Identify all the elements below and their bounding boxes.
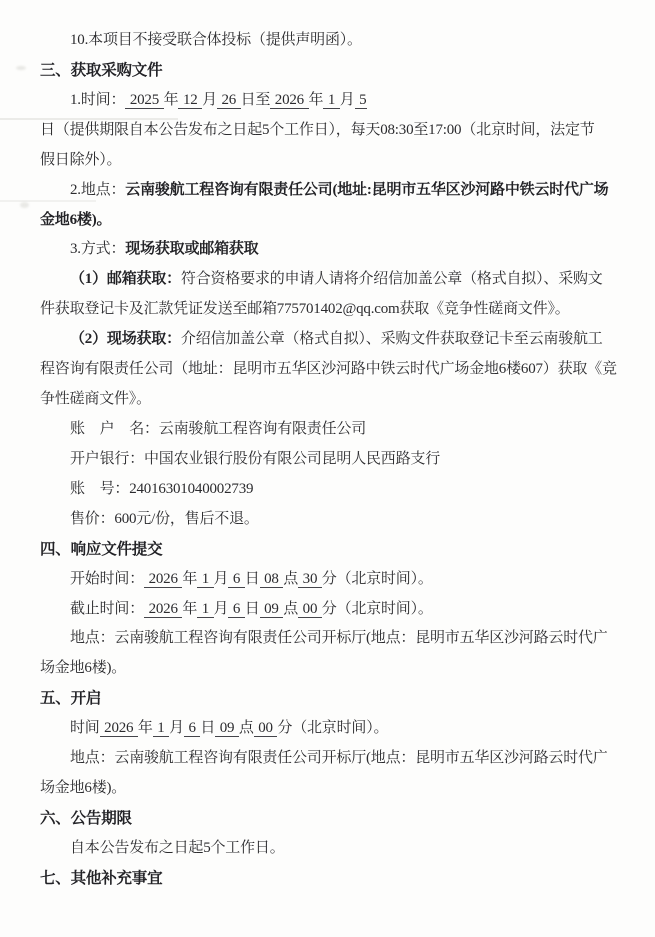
text-segment: 年 <box>182 571 197 587</box>
obtain-method: 3.方式：现场获取或邮箱获取 <box>40 235 628 265</box>
text-segment: 2026 <box>100 720 138 737</box>
text-segment: 日 <box>245 601 260 617</box>
obtain-location: 2.地点：云南骏航工程咨询有限责任公司(地址:昆明市五华区沙河路中铁云时代广场 <box>40 176 628 206</box>
text-segment: 年 <box>309 92 324 108</box>
text-segment: 账 号：24016301040002739 <box>70 481 253 497</box>
text-segment: 售价：600元/份，售后不退。 <box>70 511 259 527</box>
text-segment: 程咨询有限责任公司（地址：昆明市五华区沙河路中铁云时代广场金地6楼607）获取《… <box>40 361 617 377</box>
document-page: 10.本项目不接受联合体投标（提供声明函）。三、获取采购文件1.时间： 2025… <box>0 0 655 937</box>
document-content: 10.本项目不接受联合体投标（提供声明函）。三、获取采购文件1.时间： 2025… <box>40 26 628 894</box>
text-segment: 6 <box>184 720 200 737</box>
text-segment: 26 <box>217 92 241 109</box>
text-segment: 三、获取采购文件 <box>40 62 162 79</box>
text-segment: 介绍信加盖公章（格式自拟）、采购文件获取登记卡至云南骏航工 <box>181 331 603 347</box>
announcement-period: 自本公告发布之日起5个工作日。 <box>40 834 628 864</box>
heading-announcement-period: 六、公告期限 <box>40 804 628 834</box>
text-segment: 五、开启 <box>40 690 101 707</box>
scan-artifact-smudge <box>16 66 26 70</box>
submission-location: 地点：云南骏航工程咨询有限责任公司开标厅(地点：昆明市五华区沙河路云时代广 <box>40 624 628 654</box>
submission-start-time: 开始时间： 2026 年 1 月 6 日 08 点 30 分（北京时间）。 <box>40 565 628 595</box>
text-segment: 符合资格要求的申请人请将介绍信加盖公章（格式自拟）、采购文 <box>181 271 603 287</box>
method-email-cont: 件获取登记卡及汇款凭证发送至邮箱775701402@qq.com获取《竞争性磋商… <box>40 295 628 325</box>
obtain-time: 1.时间： 2025 年 12 月 26 日至 2026 年 1 月 5 <box>40 86 628 116</box>
text-segment: 09 <box>215 720 239 737</box>
obtain-location-cont: 金地6楼)。 <box>40 206 628 236</box>
method-onsite-cont-1: 程咨询有限责任公司（地址：昆明市五华区沙河路中铁云时代广场金地6楼607）获取《… <box>40 355 628 385</box>
text-segment: 场金地6楼)。 <box>40 780 126 796</box>
account-number: 账 号：24016301040002739 <box>40 475 628 505</box>
text-segment: 分（北京时间）。 <box>322 571 433 587</box>
text-segment: 1 <box>323 92 339 109</box>
text-segment: 现场获取或邮箱获取 <box>125 241 258 257</box>
text-segment: 2.地点： <box>70 182 125 198</box>
text-segment: 账 户 名：云南骏航工程咨询有限责任公司 <box>70 421 366 437</box>
text-segment: 日（提供期限自本公告发布之日起5个工作日），每天08:30至17:00（北京时间… <box>40 122 595 138</box>
opening-time: 时间 2026 年 1 月 6 日 09 点 00 分（北京时间）。 <box>40 714 628 744</box>
obtain-time-cont-1: 日（提供期限自本公告发布之日起5个工作日），每天08:30至17:00（北京时间… <box>40 116 628 146</box>
heading-response-submission: 四、响应文件提交 <box>40 535 628 565</box>
text-segment: 08 <box>260 571 284 588</box>
text-segment: 月 <box>340 92 355 108</box>
scan-artifact-smudge <box>20 202 29 208</box>
text-segment: 日至 <box>241 92 271 108</box>
account-name: 账 户 名：云南骏航工程咨询有限责任公司 <box>40 415 628 445</box>
text-segment: 1 <box>197 601 213 618</box>
price: 售价：600元/份，售后不退。 <box>40 505 628 535</box>
text-segment: 月 <box>202 92 217 108</box>
text-segment: 日 <box>200 720 215 736</box>
text-segment: 分（北京时间）。 <box>322 601 433 617</box>
heading-other-matters: 七、其他补充事宜 <box>40 864 628 894</box>
text-segment: 00 <box>254 720 278 737</box>
text-segment: 场金地6楼)。 <box>40 660 126 676</box>
method-email: （1）邮箱获取：符合资格要求的申请人请将介绍信加盖公章（格式自拟）、采购文 <box>40 265 628 295</box>
text-segment: 2026 <box>270 92 308 109</box>
method-onsite-cont-2: 争性磋商文件》。 <box>40 385 628 415</box>
clause-no-consortium: 10.本项目不接受联合体投标（提供声明函）。 <box>40 26 628 56</box>
text-segment: 6 <box>228 601 244 618</box>
text-segment: （2）现场获取： <box>70 331 181 347</box>
text-segment: 点 <box>283 571 298 587</box>
text-segment: 四、响应文件提交 <box>40 541 162 558</box>
text-segment: 自本公告发布之日起5个工作日。 <box>70 840 285 856</box>
text-segment: 年 <box>164 92 179 108</box>
text-segment: 月 <box>214 571 229 587</box>
text-segment: 月 <box>169 720 184 736</box>
text-segment: 3.方式： <box>70 241 125 257</box>
obtain-time-cont-2: 假日除外）。 <box>40 146 628 176</box>
text-segment: 件获取登记卡及汇款凭证发送至邮箱775701402@qq.com获取《竞争性磋商… <box>40 301 570 317</box>
text-segment: 30 <box>298 571 322 588</box>
heading-opening: 五、开启 <box>40 684 628 714</box>
text-segment: 时间 <box>70 720 100 736</box>
text-segment: 2025 <box>125 92 163 109</box>
text-segment: 点 <box>283 601 298 617</box>
text-segment: 1.时间： <box>70 92 125 108</box>
text-segment: 00 <box>298 601 322 618</box>
text-segment: 年 <box>182 601 197 617</box>
text-segment: 2026 <box>144 571 182 588</box>
text-segment: 争性磋商文件》。 <box>40 391 151 407</box>
text-segment: 开始时间： <box>70 571 144 587</box>
text-segment: 09 <box>260 601 284 618</box>
text-segment: 地点：云南骏航工程咨询有限责任公司开标厅(地点：昆明市五华区沙河路云时代广 <box>70 630 608 646</box>
text-segment: 云南骏航工程咨询有限责任公司(地址:昆明市五华区沙河路中铁云时代广场 <box>125 182 608 198</box>
method-onsite: （2）现场获取：介绍信加盖公章（格式自拟）、采购文件获取登记卡至云南骏航工 <box>40 325 628 355</box>
text-segment: （1）邮箱获取： <box>70 271 181 287</box>
opening-location: 地点：云南骏航工程咨询有限责任公司开标厅(地点：昆明市五华区沙河路云时代广 <box>40 744 628 774</box>
submission-location-cont: 场金地6楼)。 <box>40 654 628 684</box>
text-segment: 年 <box>138 720 153 736</box>
text-segment: 5 <box>355 92 368 109</box>
text-segment: 2026 <box>144 601 182 618</box>
text-segment: 六、公告期限 <box>40 810 132 827</box>
text-segment: 截止时间： <box>70 601 144 617</box>
text-segment: 月 <box>214 601 229 617</box>
text-segment: 1 <box>197 571 213 588</box>
text-segment: 地点：云南骏航工程咨询有限责任公司开标厅(地点：昆明市五华区沙河路云时代广 <box>70 750 608 766</box>
text-segment: 10.本项目不接受联合体投标（提供声明函）。 <box>70 32 362 48</box>
heading-obtain-documents: 三、获取采购文件 <box>40 56 628 86</box>
text-segment: 假日除外）。 <box>40 152 121 168</box>
text-segment: 金地6楼)。 <box>40 212 111 228</box>
bank-name: 开户银行：中国农业银行股份有限公司昆明人民西路支行 <box>40 445 628 475</box>
text-segment: 点 <box>239 720 254 736</box>
text-segment: 开户银行：中国农业银行股份有限公司昆明人民西路支行 <box>70 451 440 467</box>
text-segment: 七、其他补充事宜 <box>40 870 162 887</box>
text-segment: 分（北京时间）。 <box>277 720 388 736</box>
submission-deadline: 截止时间： 2026 年 1 月 6 日 09 点 00 分（北京时间）。 <box>40 595 628 625</box>
text-segment: 12 <box>178 92 202 109</box>
opening-location-cont: 场金地6楼)。 <box>40 774 628 804</box>
text-segment: 日 <box>245 571 260 587</box>
text-segment: 6 <box>228 571 244 588</box>
text-segment: 1 <box>153 720 169 737</box>
